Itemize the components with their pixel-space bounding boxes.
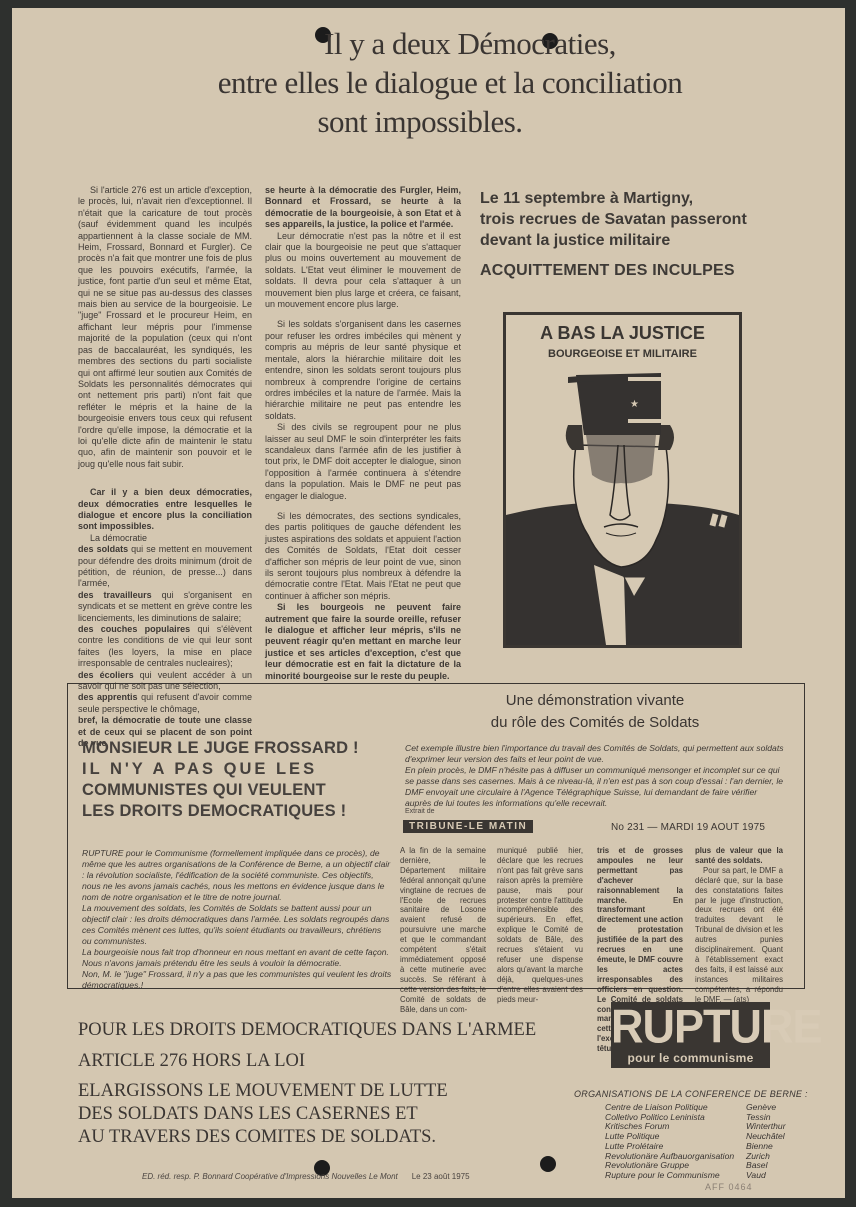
col2-paragraph: Leur démocratie n'est pas la nôtre et il… — [265, 231, 461, 311]
organisations-title: ORGANISATIONS DE LA CONFERENCE DE BERNE … — [574, 1089, 808, 1099]
acquittal-demand: ACQUITTEMENT DES INCULPES — [480, 262, 735, 280]
trial-notice: Le 11 septembre à Martigny, trois recrue… — [480, 188, 747, 251]
slogan-2: ARTICLE 276 HORS LA LOI — [78, 1051, 536, 1072]
imprint-footer: ED. réd. resp. P. Bonnard Coopérative d'… — [142, 1172, 470, 1181]
organisations-list: Centre de Liaison PolitiqueGenève Collet… — [605, 1103, 786, 1181]
slogan-4: DES SOLDATS DANS LES CASERNES ET — [78, 1103, 536, 1126]
slogans: POUR LES DROITS DEMOCRATIQUES DANS L'ARM… — [78, 1020, 536, 1149]
newspaper-masthead: TRIBUNE-LE MATIN — [403, 820, 533, 833]
demo-title-line-1: Une démonstration vivante — [430, 690, 760, 712]
rupture-statement: RUPTURE pour le Communisme (formellement… — [82, 848, 392, 991]
news-column-2: muniqué publié hier, déclare que les rec… — [497, 846, 583, 1005]
news-column-1: A la fin de la semaine dernière, le Dépa… — [400, 846, 486, 1014]
logo-tagline: pour le communisme — [611, 1051, 770, 1065]
slogan-1: POUR LES DROITS DEMOCRATIQUES DANS L'ARM… — [78, 1020, 536, 1041]
news-column-4-body: Pour sa part, le DMF a déclaré que, sur … — [695, 866, 783, 1005]
article-column-2: se heurte à la démocratie des Furgler, H… — [265, 185, 461, 682]
punch-hole — [540, 1156, 556, 1172]
newspaper-issue: No 231 — MARDI 19 AOUT 1975 — [611, 822, 765, 833]
news-column-4-lead: plus de valeur que la santé des soldats. — [695, 846, 783, 865]
col1-democracy-intro: La démocratie — [78, 533, 252, 544]
col1-item: des soldats qui se mettent en mouvement … — [78, 544, 252, 590]
organisation-row: Rupture pour le CommunismeVaud — [605, 1171, 786, 1181]
print-date: Le 23 août 1975 — [412, 1172, 470, 1181]
news-column-4: plus de valeur que la santé des soldats.… — [695, 846, 783, 1005]
col2-paragraph: Si les démocrates, des sections syndical… — [265, 511, 461, 602]
svg-text:★: ★ — [630, 399, 639, 410]
imprint-text: ED. réd. resp. P. Bonnard Coopérative d'… — [142, 1172, 398, 1181]
col2-paragraph: Si les soldats s'organisent dans les cas… — [265, 319, 461, 422]
shout-line-2: IL N'Y A PAS QUE LES — [82, 759, 359, 780]
trial-notice-line-3: devant la justice militaire — [480, 230, 747, 251]
main-headline: Il y a deux Démocraties, entre elles le … — [100, 24, 800, 141]
col1-item: des travailleurs qui s'organisent en syn… — [78, 590, 252, 624]
extract-label: Extrait de — [405, 808, 435, 815]
col2-paragraph: Si des civils se regroupent pour ne plus… — [265, 422, 461, 502]
col1-item: des couches populaires qui s'élèvent con… — [78, 624, 252, 670]
military-judge-caricature-icon: ★ — [506, 315, 739, 645]
headline-line-3: sont impossibles. — [100, 102, 800, 141]
headline-line-2: entre elles le dialogue et la conciliati… — [100, 63, 800, 102]
shout-line-3: COMMUNISTES QUI VEULENT — [82, 780, 359, 801]
judge-frossard-shout: MONSIEUR LE JUGE FROSSARD ! IL N'Y A PAS… — [82, 738, 359, 822]
article-column-1: Si l'article 276 est un article d'except… — [78, 185, 252, 750]
col2-opening: se heurte à la démocratie des Furgler, H… — [265, 185, 461, 229]
col2-conclusion: Si les bourgeois ne peuvent faire autrem… — [265, 602, 461, 680]
demo-title-line-2: du rôle des Comités de Soldats — [430, 712, 760, 734]
shout-line-4: LES DROITS DEMOCRATIQUES ! — [82, 801, 359, 822]
trial-notice-line-2: trois recrues de Savatan passeront — [480, 209, 747, 230]
trial-notice-line-1: Le 11 septembre à Martigny, — [480, 188, 747, 209]
rupture-logo: RUPTURE pour le communisme — [611, 1002, 770, 1068]
headline-line-1: Il y a deux Démocraties, — [100, 24, 800, 63]
shout-line-1: MONSIEUR LE JUGE FROSSARD ! — [82, 738, 359, 759]
col1-paragraph-1: Si l'article 276 est un article d'except… — [78, 185, 252, 470]
demonstration-title: Une démonstration vivante du rôle des Co… — [430, 690, 760, 734]
slogan-5: AU TRAVERS DES COMITES DE SOLDATS. — [78, 1126, 536, 1149]
demonstration-intro: Cet exemple illustre bien l'importance d… — [405, 743, 785, 809]
slogan-3: ELARGISSONS LE MOUVEMENT DE LUTTE — [78, 1080, 536, 1103]
archive-stamp: AFF 0464 — [705, 1182, 753, 1192]
caricature-poster: A BAS LA JUSTICE BOURGEOISE ET MILITAIRE… — [503, 312, 742, 648]
logo-word: RUPTURE — [611, 1003, 770, 1051]
col1-thesis: Car il y a bien deux démocraties, deux d… — [78, 487, 252, 531]
